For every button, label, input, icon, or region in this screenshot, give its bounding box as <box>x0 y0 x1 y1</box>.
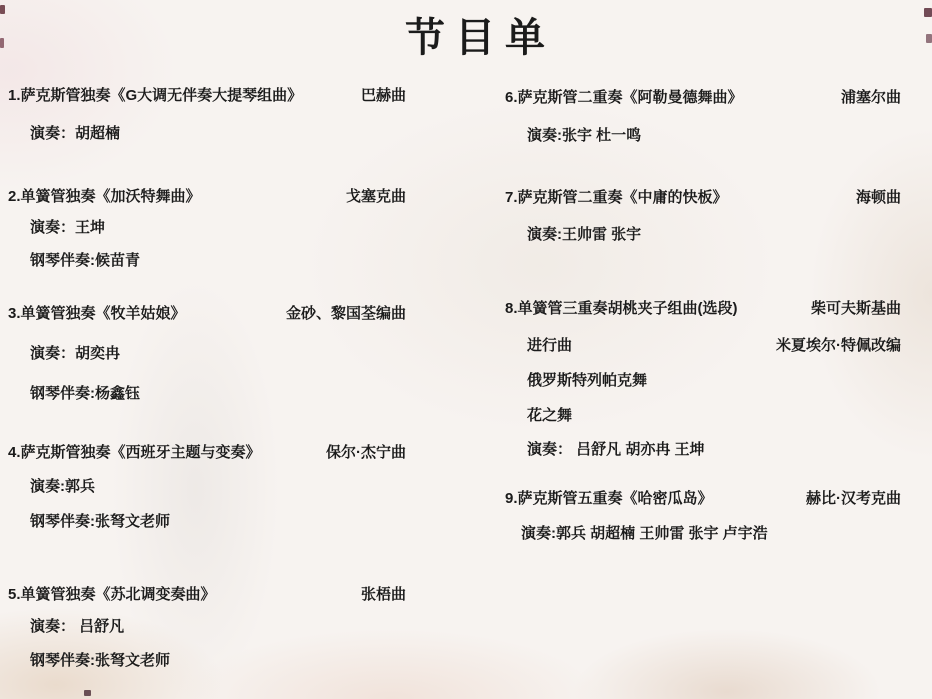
performer-line: 演奏:张宇 杜一鸣 <box>505 126 901 146</box>
program-item-title: 1.萨克斯管独奏《G大调无伴奏大提琴组曲》 巴赫曲 <box>8 86 406 106</box>
program-item-title: 4.萨克斯管独奏《西班牙主题与变奏》 保尔·杰宁曲 <box>8 443 406 463</box>
program-item-title: 9.萨克斯管五重奏《哈密瓜岛》 赫比·汉考克曲 <box>505 489 901 509</box>
program-item-title: 8.单簧管三重奏胡桃夹子组曲(选段) 柴可夫斯基曲 <box>505 299 901 319</box>
movement-line: 花之舞 <box>505 406 901 426</box>
composer-credit: 金砂、黎国荃编曲 <box>286 304 406 324</box>
piece-title: 8.单簧管三重奏胡桃夹子组曲(选段) <box>505 299 738 319</box>
program-slide: 节目单 1.萨克斯管独奏《G大调无伴奏大提琴组曲》 巴赫曲 演奏：胡超楠 2.单… <box>0 0 932 699</box>
program-item-title: 7.萨克斯管二重奏《中庸的快板》 海顿曲 <box>505 188 901 208</box>
performer-line: 演奏： 吕舒凡 <box>8 617 406 637</box>
performer-line: 演奏：胡奕冉 <box>8 344 406 364</box>
piece-title: 6.萨克斯管二重奏《阿勒曼德舞曲》 <box>505 88 743 108</box>
program-item-title: 3.单簧管独奏《牧羊姑娘》 金砂、黎国荃编曲 <box>8 304 406 324</box>
movement-line: 进行曲 米夏埃尔·特佩改编 <box>505 336 901 356</box>
piece-title: 2.单簧管独奏《加沃特舞曲》 <box>8 187 201 207</box>
artifact-speck <box>0 5 5 14</box>
artifact-speck <box>924 8 932 17</box>
performer-line: 演奏：王坤 <box>8 218 406 238</box>
accompanist-line: 钢琴伴奏:张弩文老师 <box>8 651 406 671</box>
piece-title: 1.萨克斯管独奏《G大调无伴奏大提琴组曲》 <box>8 86 302 106</box>
piece-title: 4.萨克斯管独奏《西班牙主题与变奏》 <box>8 443 261 463</box>
piece-title: 7.萨克斯管二重奏《中庸的快板》 <box>505 188 728 208</box>
program-item-title: 6.萨克斯管二重奏《阿勒曼德舞曲》 浦塞尔曲 <box>505 88 901 108</box>
composer-credit: 海顿曲 <box>856 188 901 208</box>
accompanist-line: 钢琴伴奏:杨鑫钰 <box>8 384 406 404</box>
composer-credit: 浦塞尔曲 <box>841 88 901 108</box>
piece-title: 5.单簧管独奏《苏北调变奏曲》 <box>8 585 216 605</box>
composer-credit: 戈塞克曲 <box>346 187 406 207</box>
composer-credit: 巴赫曲 <box>361 86 406 106</box>
arranger-credit: 米夏埃尔·特佩改编 <box>776 336 901 356</box>
program-item-title: 5.单簧管独奏《苏北调变奏曲》 张梧曲 <box>8 585 406 605</box>
artifact-speck <box>926 34 932 43</box>
performer-line: 演奏:王帅雷 张宇 <box>505 225 901 245</box>
performer-line: 演奏:郭兵 胡超楠 王帅雷 张宇 卢宇浩 <box>505 524 901 544</box>
artifact-speck <box>0 38 4 48</box>
movement-line: 俄罗斯特列帕克舞 <box>505 371 901 391</box>
accompanist-line: 钢琴伴奏:张弩文老师 <box>8 512 406 532</box>
piece-title: 9.萨克斯管五重奏《哈密瓜岛》 <box>505 489 713 509</box>
composer-credit: 柴可夫斯基曲 <box>811 299 901 319</box>
performer-line: 演奏： 吕舒凡 胡亦冉 王坤 <box>505 440 901 460</box>
performer-line: 演奏:郭兵 <box>8 477 406 497</box>
program-column-left: 1.萨克斯管独奏《G大调无伴奏大提琴组曲》 巴赫曲 演奏：胡超楠 2.单簧管独奏… <box>8 0 406 699</box>
piece-title: 3.单簧管独奏《牧羊姑娘》 <box>8 304 186 324</box>
accompanist-line: 钢琴伴奏:候苗青 <box>8 251 406 271</box>
artifact-speck <box>84 690 91 696</box>
performer-line: 演奏：胡超楠 <box>8 124 406 144</box>
composer-credit: 张梧曲 <box>361 585 406 605</box>
program-column-right: 6.萨克斯管二重奏《阿勒曼德舞曲》 浦塞尔曲 演奏:张宇 杜一鸣 7.萨克斯管二… <box>505 0 901 699</box>
composer-credit: 保尔·杰宁曲 <box>326 443 406 463</box>
composer-credit: 赫比·汉考克曲 <box>806 489 901 509</box>
program-item-title: 2.单簧管独奏《加沃特舞曲》 戈塞克曲 <box>8 187 406 207</box>
